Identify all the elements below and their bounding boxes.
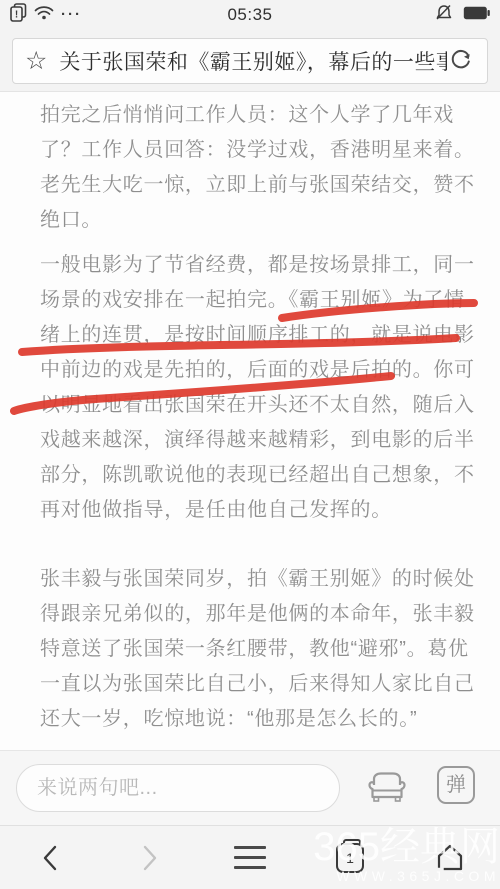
tabs-button[interactable]: 1 bbox=[300, 826, 400, 889]
article-body: 拍完之后悄悄问工作人员：这个人学了几年戏 了？工作人员回答：没学过戏，香港明星来… bbox=[0, 92, 500, 750]
comment-toolbar: 弹 bbox=[0, 750, 500, 825]
bell-muted-icon bbox=[434, 4, 454, 27]
text-line: 部分，陈凯歌说他的表现已经超出自己想象，不 bbox=[40, 458, 500, 493]
text-line: 得跟亲兄弟似的，那年是他俩的本命年，张丰毅 bbox=[40, 597, 500, 632]
paragraph: 张丰毅与张国荣同岁，拍《霸王别姬》的时候处 得跟亲兄弟似的，那年是他俩的本命年，… bbox=[40, 562, 500, 737]
text-line: 特意送了张国荣一条红腰带，教他“避邪”。葛优 bbox=[40, 632, 500, 667]
text-line: 绝口。 bbox=[40, 203, 500, 238]
text-line: 再对他做指导，是任由他自己发挥的。 bbox=[40, 493, 500, 528]
text-line: 一般电影为了节省经费，都是按场景排工，同一 bbox=[40, 248, 500, 283]
danmaku-toggle-button[interactable]: 弹 bbox=[437, 766, 475, 804]
svg-text:!: ! bbox=[15, 10, 18, 21]
refresh-icon[interactable] bbox=[447, 45, 475, 78]
wifi-icon bbox=[34, 5, 54, 26]
sofa-icon[interactable] bbox=[366, 769, 408, 807]
text-line: 老先生大吃一惊，立即上前与张国荣结交，赞不 bbox=[40, 168, 500, 203]
status-bar: ! ··· 05:35 bbox=[0, 0, 500, 30]
sim-alert-icon: ! bbox=[10, 3, 27, 27]
bookmark-star-icon[interactable]: ☆ bbox=[25, 49, 47, 74]
paragraph: 拍完之后悄悄问工作人员：这个人学了几年戏 了？工作人员回答：没学过戏，香港明星来… bbox=[40, 98, 500, 238]
page-title[interactable]: 关于张国荣和《霸王别姬》，幕后的一些事… bbox=[59, 46, 447, 76]
forward-button[interactable] bbox=[100, 826, 200, 889]
home-button[interactable] bbox=[400, 826, 500, 889]
menu-button[interactable] bbox=[200, 826, 300, 889]
browser-nav-bar: 1 bbox=[0, 825, 500, 889]
paragraph: 一般电影为了节省经费，都是按场景排工，同一 场景的戏安排在一起拍完。《霸王别姬》… bbox=[40, 248, 500, 528]
text-line: 还大一岁，吃惊地说：“他那是怎么长的。” bbox=[40, 702, 500, 737]
tab-count-icon: 1 bbox=[336, 843, 364, 873]
home-icon bbox=[433, 842, 467, 874]
text-line: 绪上的连贯，是按时间顺序排工的，就是说电影 bbox=[40, 318, 500, 353]
text-line: 一直以为张国荣比自己小，后来得知人家比自己 bbox=[40, 667, 500, 702]
battery-icon bbox=[463, 6, 490, 25]
comment-input[interactable] bbox=[16, 764, 340, 812]
text-line: 了？工作人员回答：没学过戏，香港明星来着。 bbox=[40, 133, 500, 168]
browser-header: ! ··· 05:35 ☆ 关于张国荣和《霸王别姬》，幕后的一些事… bbox=[0, 0, 500, 92]
address-bar[interactable]: ☆ 关于张国荣和《霸王别姬》，幕后的一些事… bbox=[12, 38, 488, 84]
status-time: 05:35 bbox=[160, 5, 340, 25]
hamburger-icon bbox=[234, 846, 266, 869]
more-dots-icon: ··· bbox=[61, 10, 82, 20]
text-line: 拍完之后悄悄问工作人员：这个人学了几年戏 bbox=[40, 98, 500, 133]
text-line: 戏越来越深，演绎得越来越精彩，到电影的后半 bbox=[40, 423, 500, 458]
text-line: 中前边的戏是先拍的，后面的戏是后拍的。你可 bbox=[40, 353, 500, 388]
text-line: 张丰毅与张国荣同岁，拍《霸王别姬》的时候处 bbox=[40, 562, 500, 597]
text-line: 场景的戏安排在一起拍完。《霸王别姬》为了情 bbox=[40, 283, 500, 318]
back-button[interactable] bbox=[0, 826, 100, 889]
text-line: 以明显地看出张国荣在开头还不太自然，随后入 bbox=[40, 388, 500, 423]
